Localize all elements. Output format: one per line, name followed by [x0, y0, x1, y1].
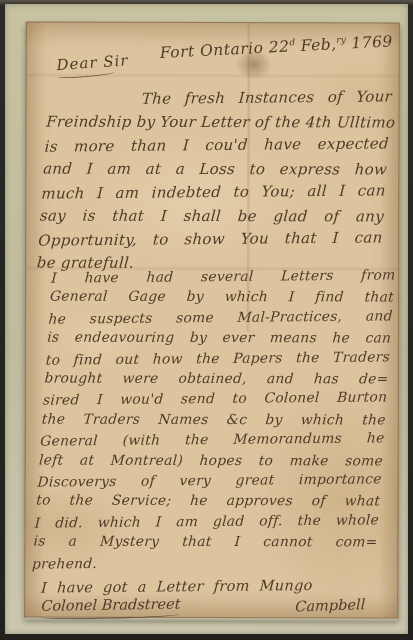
closing-addressee: Colonel Bradstreet	[41, 597, 181, 620]
mat-border: Fort Ontario 22d Feb,ry 1769 Dear Sir Th…	[5, 4, 408, 634]
letter-line: and I am at a Loss to express how	[42, 157, 388, 181]
dateline-year: 1769	[345, 32, 393, 52]
letter-line: much I am indebted to You; all I can	[41, 179, 387, 206]
letter-line: sired I wou'd send to Colonel Burton	[42, 388, 388, 412]
body-paragraph-2: I have had several Letters from General …	[31, 267, 396, 574]
closing-addressee-text: Colonel Bradstreet	[41, 597, 181, 615]
salutation-text: Dear Sir	[56, 51, 129, 74]
letter-line: to the Service; he approves of what	[36, 491, 381, 512]
letter-line: I have had several Letters from	[51, 265, 397, 289]
letter-line: to find out how the Papers the Traders	[45, 347, 391, 371]
letter-line: is a Mystery that I cannot com=	[33, 532, 378, 553]
closing-surname: Campbell	[295, 597, 366, 620]
body-paragraph-1: The fresh Instances of Your Freindship b…	[36, 87, 393, 276]
letter-line: Opportunity, to show You that I can	[38, 226, 384, 253]
letter-line: he suspects some Mal-Practices, and	[48, 306, 394, 330]
body-paragraph-3: I have got a Letter from Mungo	[41, 577, 386, 598]
dateline: Fort Ontario 22d Feb,ry 1769	[159, 32, 393, 62]
letter-line: I did. which I am glad off. the whole	[34, 510, 380, 534]
closing-line: Colonel Bradstreet Campbell	[40, 598, 384, 620]
dateline-place: Fort Ontario 22	[159, 38, 290, 62]
letter-line: General (with the Memorandums he	[40, 429, 386, 453]
letter-line: General Gage by which I find that	[49, 287, 394, 308]
salutation: Dear Sir	[56, 51, 129, 79]
letter-line: Freindship by Your Letter of the 4th Ull…	[45, 110, 391, 134]
letter-line: say is that I shall be glad of any	[39, 204, 385, 228]
letter-line: I have got a Letter from Mungo	[41, 575, 386, 598]
letter-line: the Traders Names &c by which the	[41, 409, 386, 430]
scanned-letter-photo: Fort Ontario 22d Feb,ry 1769 Dear Sir Th…	[0, 0, 413, 640]
letter-line: prehend.	[31, 551, 377, 575]
letter-page: Fort Ontario 22d Feb,ry 1769 Dear Sir Th…	[24, 22, 400, 619]
letter-line: left at Montreal) hopes to make some	[38, 450, 383, 471]
letter-line: brought were obtained, and has de=	[44, 369, 389, 390]
letter-line: The fresh Instances of Your	[47, 85, 393, 112]
letter-line: Discoverys of very great importance	[37, 469, 383, 493]
letter-line: is more than I cou'd have expected	[44, 132, 390, 159]
dateline-month: Feb,	[295, 35, 337, 55]
letter-line: is endeavouring by ever means he can	[46, 328, 391, 349]
